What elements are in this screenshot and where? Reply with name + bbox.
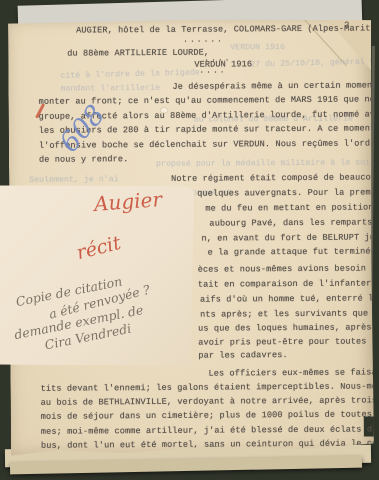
typed-line: au bois de BETHLAINVILLE, verdoyant à no… bbox=[41, 395, 378, 407]
typed-line: tait en comparaison de l'infanterie au bbox=[198, 278, 379, 289]
typed-line: aifs d'où un homme tué, enterré le matin bbox=[200, 293, 379, 304]
header-regiment-line: du 88ème ARTILLERIE LOURDE, bbox=[67, 48, 209, 59]
red-label-annotation: récit bbox=[74, 232, 123, 264]
typed-line: me du feu en mettant en position au bois bbox=[205, 202, 379, 213]
dots-divider: .... bbox=[199, 66, 226, 75]
typed-line: Les officiers eux-mêmes se faisaient bie… bbox=[208, 367, 379, 379]
bleed-through-line: Seulement, je n'ai bbox=[29, 175, 119, 185]
overlapping-note-sheet: Augier récit Copie de citation a été ren… bbox=[0, 184, 194, 368]
typed-line: avoir pris peut-être pour toutes subs- bbox=[198, 336, 379, 347]
typed-line: aubourg Pavé, dans les remparts de VER- bbox=[209, 217, 379, 228]
typed-line: n, en avant du fort de BELRUPT jusqu'à bbox=[201, 232, 379, 243]
typed-line: nts après; et les survivants que nous bbox=[200, 308, 379, 319]
pencil-note: Copie de citation a été renvoyée ? deman… bbox=[15, 269, 159, 358]
typed-line: quelques auvergnats. Pour la première bbox=[197, 187, 379, 198]
typed-line: èces et nous-mêmes avions besoin de re- bbox=[198, 263, 379, 274]
typed-line: mes; moi-même comme artilleur, j'ai été … bbox=[41, 424, 379, 436]
dots-divider: ...... bbox=[183, 35, 224, 44]
typed-line: Je désespérais même à un certain moment … bbox=[172, 80, 379, 92]
red-name-annotation: Augier bbox=[93, 187, 162, 216]
typed-line: e la grande attaque fut terminée. bbox=[208, 246, 379, 257]
typed-line: mois de séjour dans un cimetière; plus d… bbox=[41, 409, 379, 421]
typed-line: de nous y rendre. bbox=[39, 154, 128, 165]
typed-line: us que des loques humaines, après 2 ou bbox=[198, 322, 379, 333]
header-address-line: AUGIER, hôtel de la Terrasse, COLOMARS-G… bbox=[76, 23, 379, 35]
bleed-through-line: proposé pour la médaille militaire à la … bbox=[156, 158, 379, 169]
bleed-through-line: VERDUN 1916 bbox=[230, 43, 285, 52]
scanned-document-photo: VERDUN 1916 cité à l'ordre de la brigade… bbox=[0, 0, 379, 480]
bleed-through-line: cité à l'ordre de la brigade bbox=[60, 68, 200, 80]
typed-line: par les cadavres. bbox=[198, 350, 287, 361]
bleed-through-line: mandant l'artillerie bbox=[60, 84, 160, 94]
typed-line: tits devant l'ennemi; les galons étaient… bbox=[41, 381, 379, 393]
page-number: 2 bbox=[344, 21, 350, 31]
typed-line: Notre régiment était composé de beaucoup… bbox=[171, 172, 379, 184]
